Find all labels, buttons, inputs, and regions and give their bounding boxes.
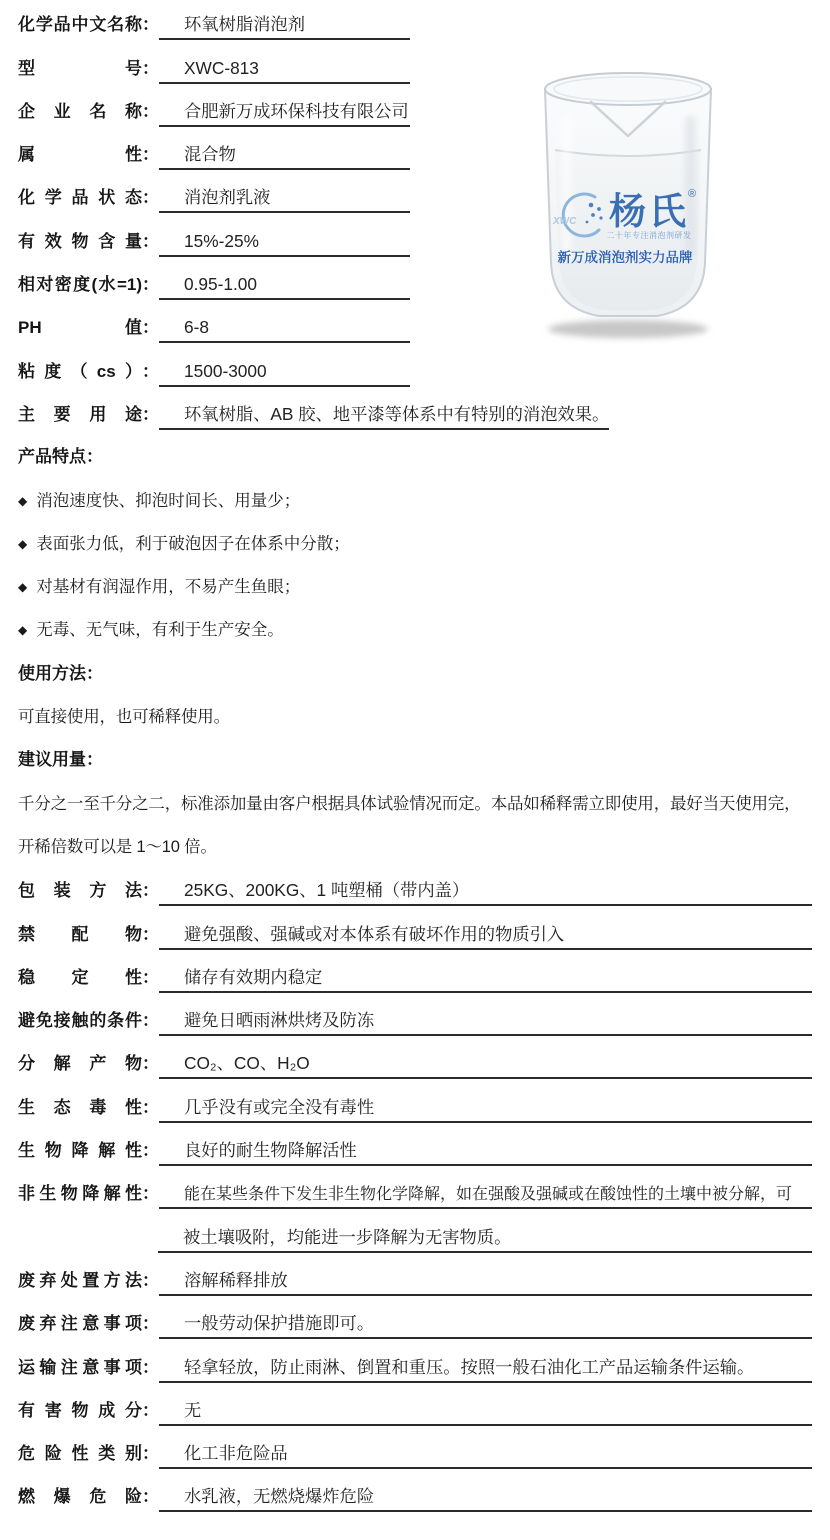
field-label: 主要用途 [18,400,142,425]
dosage-body-line1: 千分之一至千分之二，标准添加量由客户根据具体试验情况而定。本品如稀释需立即使用，… [18,790,800,820]
field-value-underline: 混合物 [159,140,410,170]
field-value-underline: 轻拿轻放，防止雨淋、倒置和重压。按照一般石油化工产品运输条件运输。 [159,1353,812,1383]
colon: ： [142,1093,159,1118]
feature-text: 表面张力低，利于破泡因子在体系中分散； [36,530,350,560]
colon: ： [142,1006,159,1031]
field-value: 避免强酸、强碱或对本体系有破坏作用的物质引入 [184,924,564,944]
colon: ： [142,183,159,208]
field-value: 良好的耐生物降解活性 [184,1140,357,1160]
diamond-bullet-icon: ◆ [18,494,27,517]
field-row-stability: 稳定性： 储存有效期内稳定 [18,950,812,993]
field-value: CO₂、CO、H₂O [184,1053,310,1073]
field-value: 轻拿轻放，防止雨淋、倒置和重压。按照一般石油化工产品运输条件运输。 [184,1357,754,1377]
colon: ： [142,876,159,901]
field-value: 1500-3000 [184,361,267,381]
colon: ： [142,97,159,122]
field-label: 型号 [18,54,142,79]
features-heading-row: 产品特点： [18,430,812,473]
brand-tagline-text: 二十年专注消泡剂研发 [607,230,692,240]
field-row-incompatibles: 禁配物： 避免强酸、强碱或对本体系有破坏作用的物质引入 [18,906,812,949]
colon: ： [142,1049,159,1074]
field-label: 有效物含量 [18,227,142,252]
field-value: 15%-25% [184,231,259,251]
field-value: 25KG、200KG、1 吨塑桶（带内盖） [184,880,469,900]
field-label: 包装方法 [18,876,142,901]
field-value-underline: 溶解稀释排放 [159,1266,812,1296]
feature-item: ◆ 消泡速度快、抑泡时间长、用量少； [18,473,812,516]
dosage-body-row: 千分之一至千分之二，标准添加量由客户根据具体试验情况而定。本品如稀释需立即使用，… [18,776,812,819]
colon: ： [142,1266,159,1291]
field-value: 消泡剂乳液 [184,187,270,207]
field-row-packaging: 包装方法： 25KG、200KG、1 吨塑桶（带内盖） [18,863,812,906]
diamond-bullet-icon: ◆ [18,537,27,560]
field-label: 化学品中文名称 [18,10,142,35]
colon: ： [142,140,159,165]
section-heading: 产品特点： [18,442,103,473]
field-value-underline: 避免日晒雨淋烘烤及防冻 [159,1006,812,1036]
field-row-explosion-hazard: 燃爆危险： 水乳液，无燃烧爆炸危险 [18,1469,812,1512]
field-label: 禁配物 [18,920,142,945]
field-value-underline: 一般劳动保护措施即可。 [159,1309,812,1339]
field-value-underline: 良好的耐生物降解活性 [159,1136,812,1166]
field-label: 废弃注意事项 [18,1309,142,1334]
usage-heading-row: 使用方法： [18,646,812,689]
field-label: 生态毒性 [18,1093,142,1118]
field-value-underline: 化工非危险品 [159,1439,812,1469]
dosage-heading-row: 建议用量： [18,733,812,776]
field-value: 避免日晒雨淋烘烤及防冻 [184,1010,374,1030]
field-label: 化学品状态 [18,183,142,208]
brand-banner-text: 新万成消泡剂实力品牌 [558,249,693,265]
usage-body: 可直接使用，也可稀释使用。 [18,703,230,733]
field-row-viscosity: 粘度（cs）： 1500-3000 [18,343,812,386]
colon: ： [142,1396,159,1421]
field-value-underline: 合肥新万成环保科技有限公司 [159,97,410,127]
field-value: 0.95-1.00 [184,274,257,294]
field-label: 稳定性 [18,963,142,988]
field-value: 化工非危险品 [184,1443,288,1463]
feature-item: ◆ 无毒、无气味，有利于生产安全。 [18,603,812,646]
colon: ： [142,1309,159,1334]
colon: ： [142,270,159,295]
diamond-bullet-icon: ◆ [18,580,27,603]
field-label: 相对密度(水=1) [18,270,142,295]
glass-highlight [562,116,571,258]
field-value: 能在某些条件下发生非生物化学降解，如在强酸及强碱或在酸蚀性的土壤中被分解，可 [184,1186,792,1203]
logo-xwc-text: XWC [552,216,577,227]
dosage-body-row: 开稀倍数可以是 1～10 倍。 [18,820,812,863]
field-label: 企业名称 [18,97,142,122]
field-row-harmful-components: 有害物成分： 无 [18,1383,812,1426]
registered-trademark: ® [688,188,696,200]
field-row-transport-precautions: 运输注意事项： 轻拿轻放，防止雨淋、倒置和重压。按照一般石油化工产品运输条件运输… [18,1339,812,1382]
section-heading: 建议用量： [18,745,103,776]
field-label: 粘度（cs） [18,357,142,382]
colon: ： [142,357,159,382]
field-row-chemical-name: 化学品中文名称： 环氧树脂消泡剂 [18,0,812,40]
field-value: 合肥新万成环保科技有限公司 [184,101,409,121]
dosage-body-line2: 开稀倍数可以是 1～10 倍。 [18,833,217,863]
section-heading: 使用方法： [18,659,103,690]
field-value-underline: 15%-25% [159,231,410,257]
field-value-underline: 0.95-1.00 [159,274,410,300]
feature-item: ◆ 表面张力低，利于破泡因子在体系中分散； [18,517,812,560]
field-row-avoid-conditions: 避免接触的条件： 避免日晒雨淋烘烤及防冻 [18,993,812,1036]
field-value: 水乳液，无燃烧爆炸危险 [184,1486,374,1506]
field-label: 非生物降解性 [18,1179,142,1204]
field-row-eco-toxicity: 生态毒性： 几乎没有或完全没有毒性 [18,1079,812,1122]
beaker-rim [545,73,711,105]
product-photo-beaker: XWC 杨氏 ® 二十年专注消泡剂研发 新万成消泡剂实力品牌 [535,58,719,344]
feature-item: ◆ 对基材有润湿作用，不易产生鱼眼； [18,560,812,603]
usage-body-row: 可直接使用，也可稀释使用。 [18,690,812,733]
field-label: 运输注意事项 [18,1353,142,1378]
field-value-underline: 1500-3000 [159,361,410,387]
field-value-underline: 环氧树脂消泡剂 [159,10,410,40]
field-label: 有害物成分 [18,1396,142,1421]
field-row-disposal-precautions: 废弃注意事项： 一般劳动保护措施即可。 [18,1296,812,1339]
field-value-underline: 消泡剂乳液 [159,183,410,213]
beaker-photo: XWC 杨氏 ® 二十年专注消泡剂研发 新万成消泡剂实力品牌 [535,58,719,344]
field-value: 无 [184,1400,201,1420]
colon: ： [142,1353,159,1378]
field-label: 避免接触的条件 [18,1006,142,1031]
field-value-underline: 避免强酸、强碱或对本体系有破坏作用的物质引入 [159,920,812,950]
field-row-hazard-class: 危险性类别： 化工非危险品 [18,1426,812,1469]
colon: ： [142,920,159,945]
brand-name-text: 杨氏 [609,191,689,232]
field-value: 被土壤吸附，均能进一步降解为无害物质。 [183,1227,511,1247]
field-value-underline: 能在某些条件下发生非生物化学降解，如在强酸及强碱或在酸蚀性的土壤中被分解，可 [159,1181,812,1209]
field-value: 环氧树脂、AB 胶、地平漆等体系中有特别的消泡效果。 [184,404,609,424]
colon: ： [142,10,159,35]
field-value-underline: CO₂、CO、H₂O [159,1049,812,1079]
colon: ： [142,1179,159,1204]
field-value: 一般劳动保护措施即可。 [184,1313,374,1333]
diamond-bullet-icon: ◆ [18,623,27,646]
field-value: 几乎没有或完全没有毒性 [184,1097,374,1117]
field-row-biodegradability: 生物降解性： 良好的耐生物降解活性 [18,1123,812,1166]
field-value: 混合物 [184,144,236,164]
colon: ： [142,313,159,338]
feature-text: 对基材有润湿作用，不易产生鱼眼； [36,573,300,603]
field-label: 危险性类别 [18,1439,142,1464]
field-value-underline: 25KG、200KG、1 吨塑桶（带内盖） [159,876,812,906]
field-value: 环氧树脂消泡剂 [184,14,305,34]
colon: ： [142,1482,159,1507]
field-value-underline: 环氧树脂、AB 胶、地平漆等体系中有特别的消泡效果。 [159,400,609,430]
field-label: 属性 [18,140,142,165]
field-value: XWC-813 [184,58,259,78]
field-value-underline: XWC-813 [159,58,410,84]
field-row-non-biodegradability-cont: 被土壤吸附，均能进一步降解为无害物质。 [18,1209,812,1252]
colon: ： [142,963,159,988]
beaker-shadow [548,320,708,338]
field-value-underline: 几乎没有或完全没有毒性 [159,1093,812,1123]
field-value-underline: 储存有效期内稳定 [159,963,812,993]
field-value-underline: 无 [159,1396,812,1426]
product-spec-document: 化学品中文名称： 环氧树脂消泡剂 型号： XWC-813 企业名称： 合肥新万成… [0,0,830,1540]
field-value: 溶解稀释排放 [184,1270,288,1290]
field-label: PH值 [18,313,142,338]
colon: ： [142,1439,159,1464]
field-value-underline: 6-8 [159,317,410,343]
field-label: 生物降解性 [18,1136,142,1161]
colon: ： [142,1136,159,1161]
colon: ： [142,54,159,79]
field-label: 分解产物 [18,1049,142,1074]
feature-text: 消泡速度快、抑泡时间长、用量少； [36,487,300,517]
colon: ： [142,400,159,425]
field-row-non-biodegradability: 非生物降解性： 能在某些条件下发生非生物化学降解，如在强酸及强碱或在酸蚀性的土壤… [18,1166,812,1209]
field-row-main-use: 主要用途： 环氧树脂、AB 胶、地平漆等体系中有特别的消泡效果。 [18,387,812,430]
colon: ： [142,227,159,252]
field-value: 6-8 [184,317,209,337]
field-label: 废弃处置方法 [18,1266,142,1291]
field-value-underline: 被土壤吸附，均能进一步降解为无害物质。 [158,1223,812,1253]
field-row-decomposition: 分解产物： CO₂、CO、H₂O [18,1036,812,1079]
field-label: 燃爆危险 [18,1482,142,1507]
field-value-underline: 水乳液，无燃烧爆炸危险 [159,1482,812,1512]
feature-text: 无毒、无气味，有利于生产安全。 [36,616,284,646]
field-value: 储存有效期内稳定 [184,967,322,987]
field-row-disposal-method: 废弃处置方法： 溶解稀释排放 [18,1253,812,1296]
